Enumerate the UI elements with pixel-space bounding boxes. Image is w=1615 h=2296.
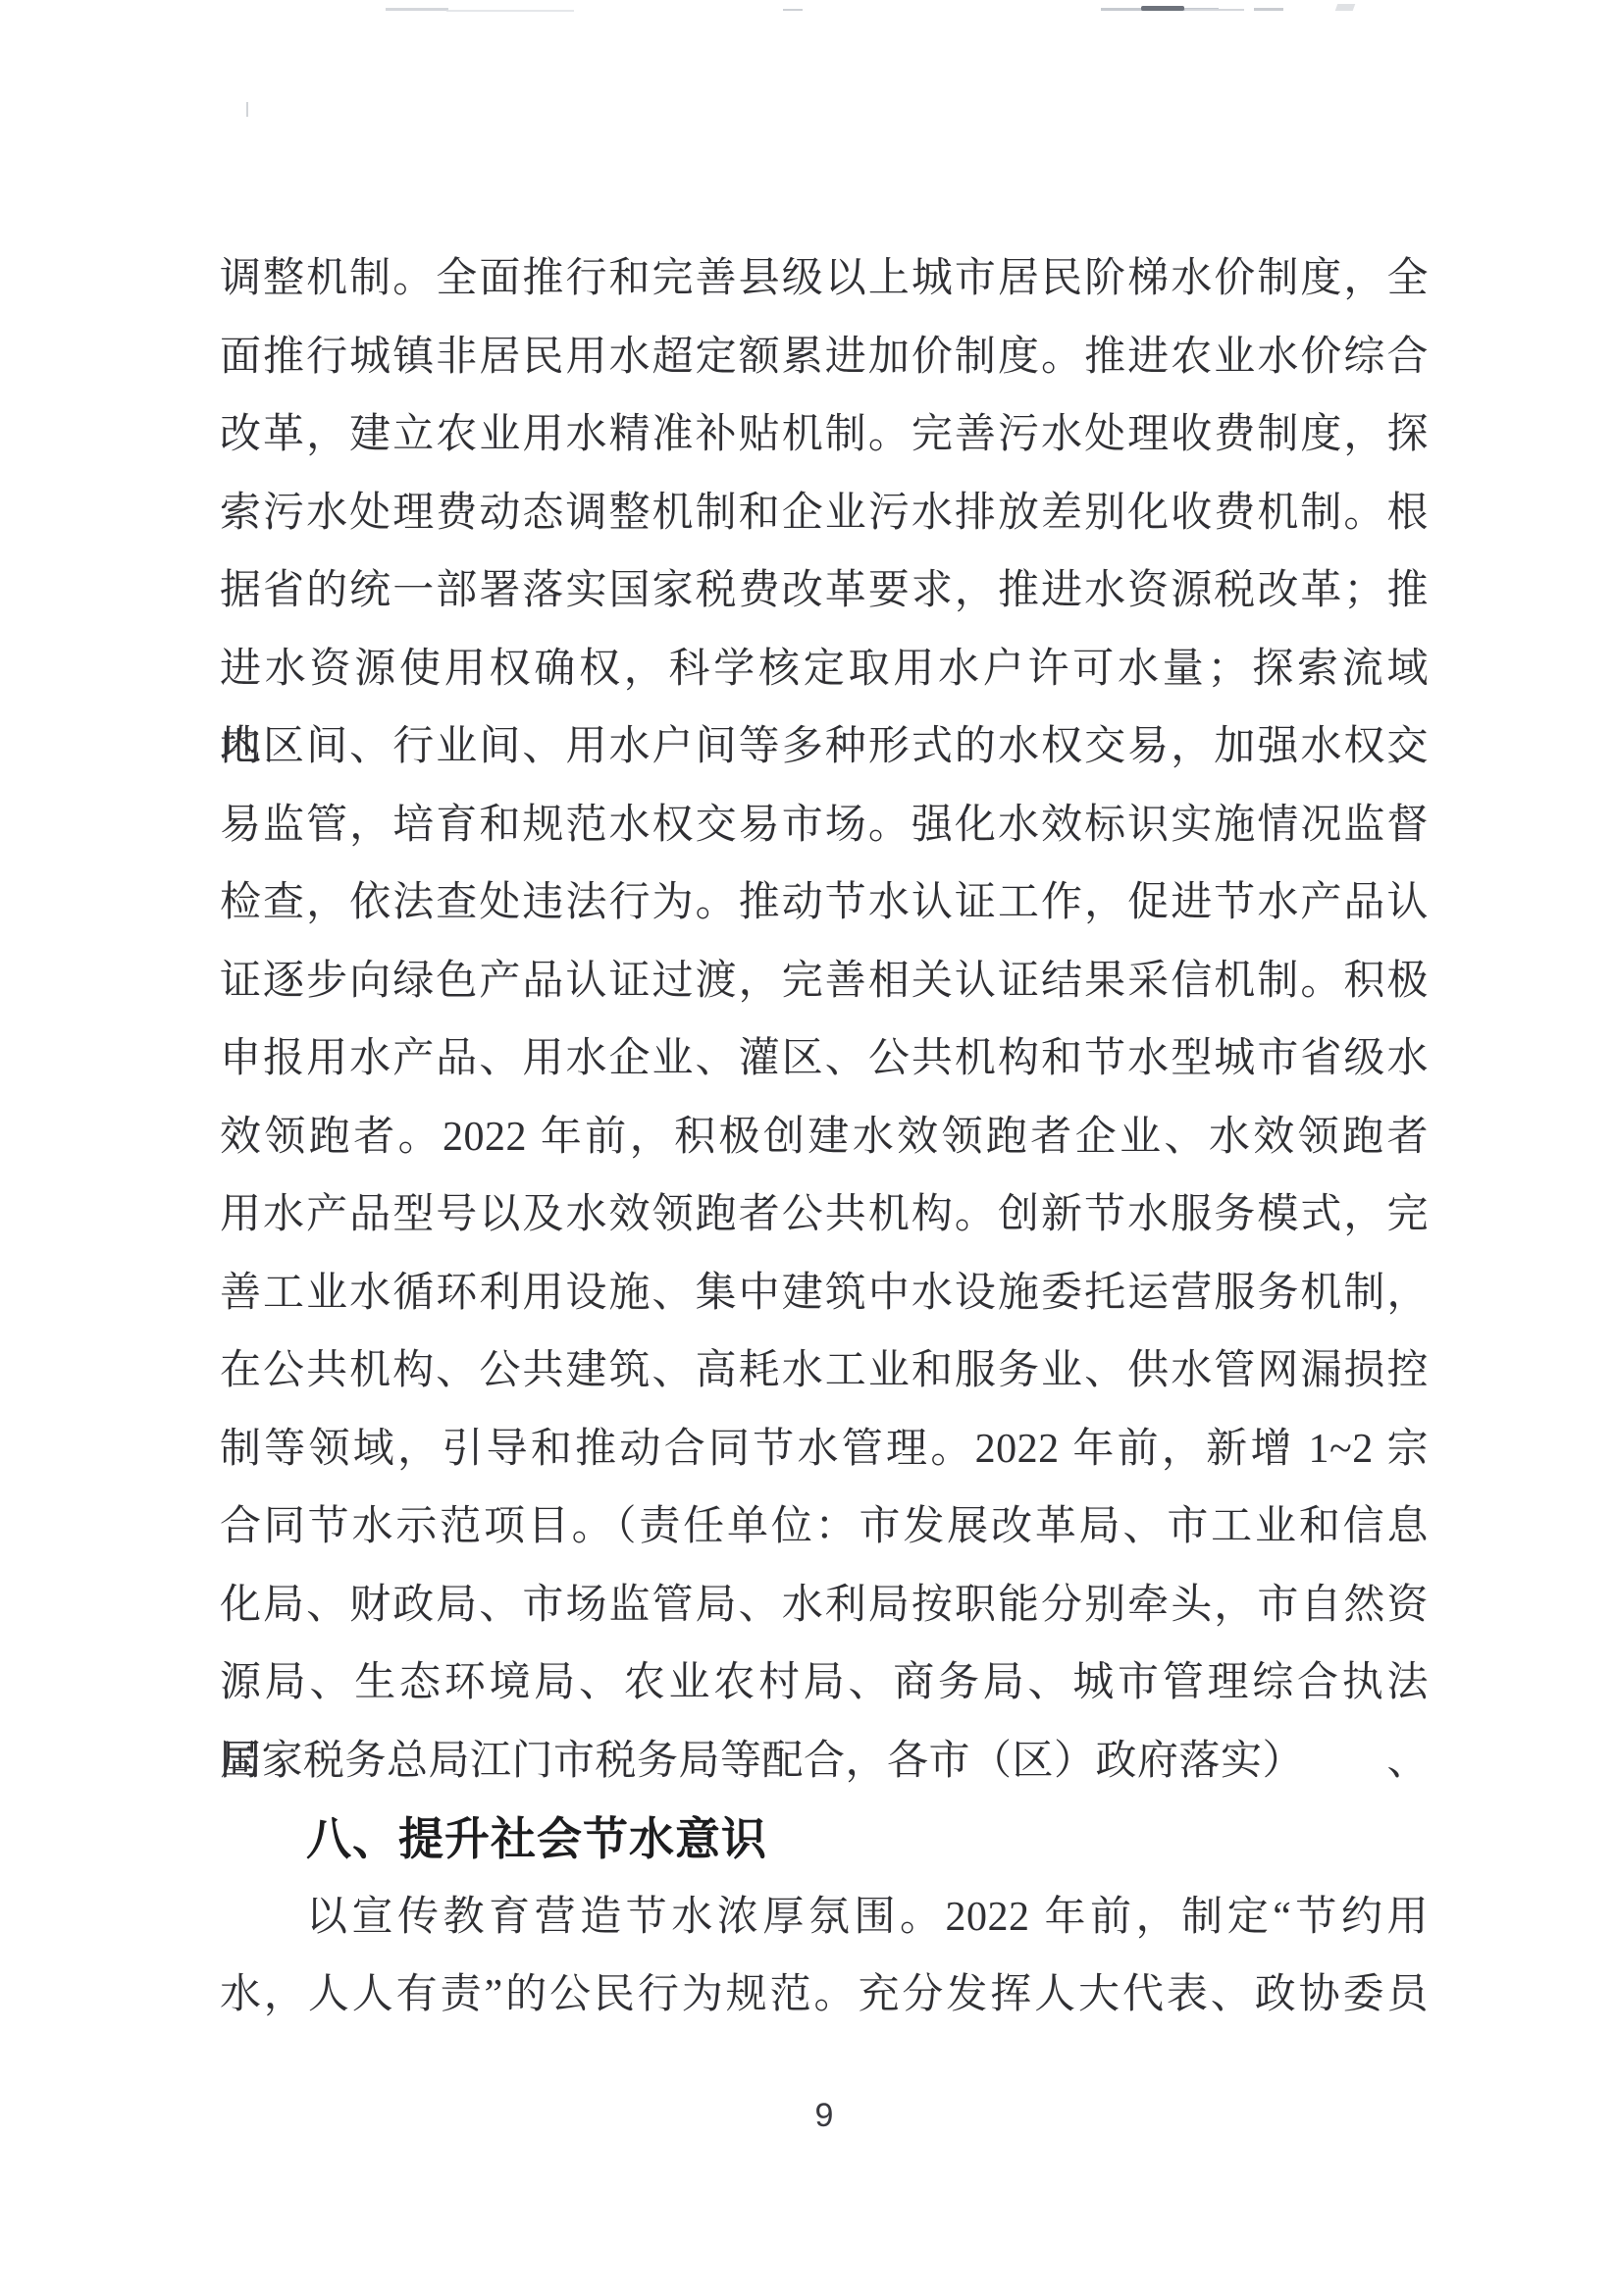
text-line: 据省的统一部署落实国家税费改革要求，推进水资源税改革；推 <box>220 552 1429 631</box>
scan-artifact <box>1185 9 1244 11</box>
text-line: 面推行城镇非居民用水超定额累进加价制度。推进农业水价综合 <box>220 319 1429 397</box>
page-number: 9 <box>220 2096 1429 2135</box>
text-line: 检查，依法查处违法行为。推动节水认证工作，促进节水产品认 <box>220 864 1429 943</box>
text-line: 地区间、行业间、用水户间等多种形式的水权交易，加强水权交 <box>220 708 1429 787</box>
scan-artifact <box>1254 8 1283 11</box>
scan-artifact <box>1335 4 1356 11</box>
text-line: 效领跑者。2022 年前，积极创建水效领跑者企业、水效领跑者 <box>220 1099 1429 1177</box>
text-line: 进水资源使用权确权，科学核定取用水户许可水量；探索流域内、 <box>220 631 1429 709</box>
scan-artifact <box>783 9 803 11</box>
scan-artifact <box>386 8 448 11</box>
scan-artifact <box>446 10 574 12</box>
scan-artifact <box>1101 8 1219 11</box>
text-line: 合同节水示范项目。（责任单位：市发展改革局、市工业和信息 <box>220 1488 1429 1567</box>
text-line: 调整机制。全面推行和完善县级以上城市居民阶梯水价制度，全 <box>220 240 1429 319</box>
text-line: 水，人人有责”的公民行为规范。充分发挥人大代表、政协委员 <box>220 1957 1429 2035</box>
scan-artifact <box>246 102 248 117</box>
text-line: 改革，建立农业用水精准补贴机制。完善污水处理收费制度，探 <box>220 396 1429 475</box>
scan-artifact <box>1141 6 1184 11</box>
text-line: 证逐步向绿色产品认证过渡，完善相关认证结果采信机制。积极 <box>220 943 1429 1021</box>
text-line: 在公共机构、公共建筑、高耗水工业和服务业、供水管网漏损控 <box>220 1332 1429 1411</box>
document-body: 调整机制。全面推行和完善县级以上城市居民阶梯水价制度，全 面推行城镇非居民用水超… <box>220 240 1429 2035</box>
text-line: 以宣传教育营造节水浓厚氛围。2022 年前，制定“节约用 <box>220 1879 1429 1957</box>
text-line: 易监管，培育和规范水权交易市场。强化水效标识实施情况监督 <box>220 787 1429 865</box>
text-line: 用水产品型号以及水效领跑者公共机构。创新节水服务模式，完 <box>220 1176 1429 1255</box>
text-line: 索污水处理费动态调整机制和企业污水排放差别化收费机制。根 <box>220 475 1429 553</box>
section-heading: 八、提升社会节水意识 <box>220 1800 1429 1879</box>
document-page: 调整机制。全面推行和完善县级以上城市居民阶梯水价制度，全 面推行城镇非居民用水超… <box>0 0 1615 2296</box>
text-line: 源局、生态环境局、农业农村局、商务局、城市管理综合执法局、 <box>220 1644 1429 1723</box>
text-line: 善工业水循环利用设施、集中建筑中水设施委托运营服务机制， <box>220 1255 1429 1333</box>
text-line: 国家税务总局江门市税务局等配合，各市（区）政府落实） <box>220 1723 1429 1801</box>
text-line: 化局、财政局、市场监管局、水利局按职能分别牵头，市自然资 <box>220 1567 1429 1645</box>
text-line: 申报用水产品、用水企业、灌区、公共机构和节水型城市省级水 <box>220 1020 1429 1099</box>
text-line: 制等领域，引导和推动合同节水管理。2022 年前，新增 1~2 宗 <box>220 1411 1429 1489</box>
